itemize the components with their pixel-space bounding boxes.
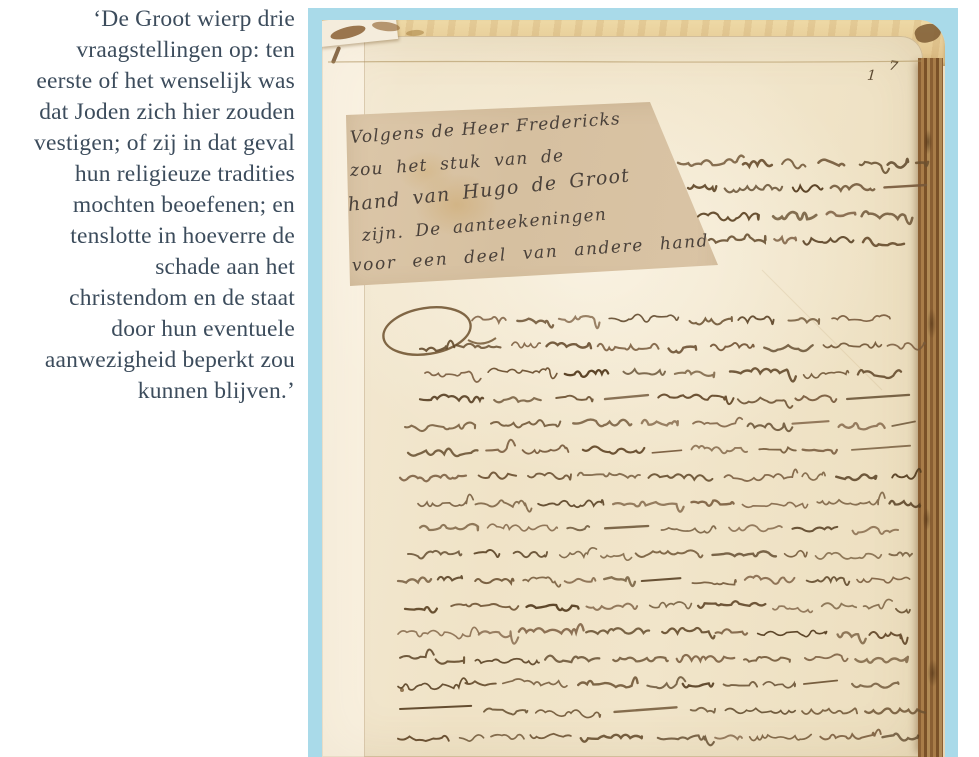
note-line: Volgens de Heer Fredericks xyxy=(349,109,621,148)
ink-speck xyxy=(400,688,404,692)
manuscript-photo: 1 7 Volgens de Heer Frederickszou het st… xyxy=(322,20,945,757)
pull-quote-line: mochten beoefenen; en xyxy=(4,190,295,221)
page: { "page": { "background": "#ffffff" }, "… xyxy=(0,0,979,757)
pull-quote-line: tenslotte in hoeverre de xyxy=(4,221,295,252)
book-fore-edge xyxy=(918,58,943,757)
pull-quote-line: vestigen; of zij in dat geval xyxy=(4,128,295,159)
pull-quote-line: kunnen blijven.’ xyxy=(4,376,295,407)
pull-quote-line: door hun eventuele xyxy=(4,314,295,345)
pull-quote-line: eerste of het wenselijk was xyxy=(4,66,295,97)
pull-quote-line: christendom en de staat xyxy=(4,283,295,314)
pull-quote-line: hun religieuze tradities xyxy=(4,159,295,190)
pull-quote-line: vraagstellingen op: ten xyxy=(4,35,295,66)
pull-quote: ‘De Groot wierp drievraagstellingen op: … xyxy=(4,4,295,407)
folio-number: 1 xyxy=(866,68,876,85)
archivist-note-text: Volgens de Heer Frederickszou het stuk v… xyxy=(342,98,742,308)
pull-quote-line: aanwezigheid beperkt zou xyxy=(4,345,295,376)
pull-quote-line: schade aan het xyxy=(4,252,295,283)
pull-quote-line: dat Joden zich hier zouden xyxy=(4,97,295,128)
image-panel: 1 7 Volgens de Heer Frederickszou het st… xyxy=(308,8,958,757)
pull-quote-line: ‘De Groot wierp drie xyxy=(4,4,295,35)
